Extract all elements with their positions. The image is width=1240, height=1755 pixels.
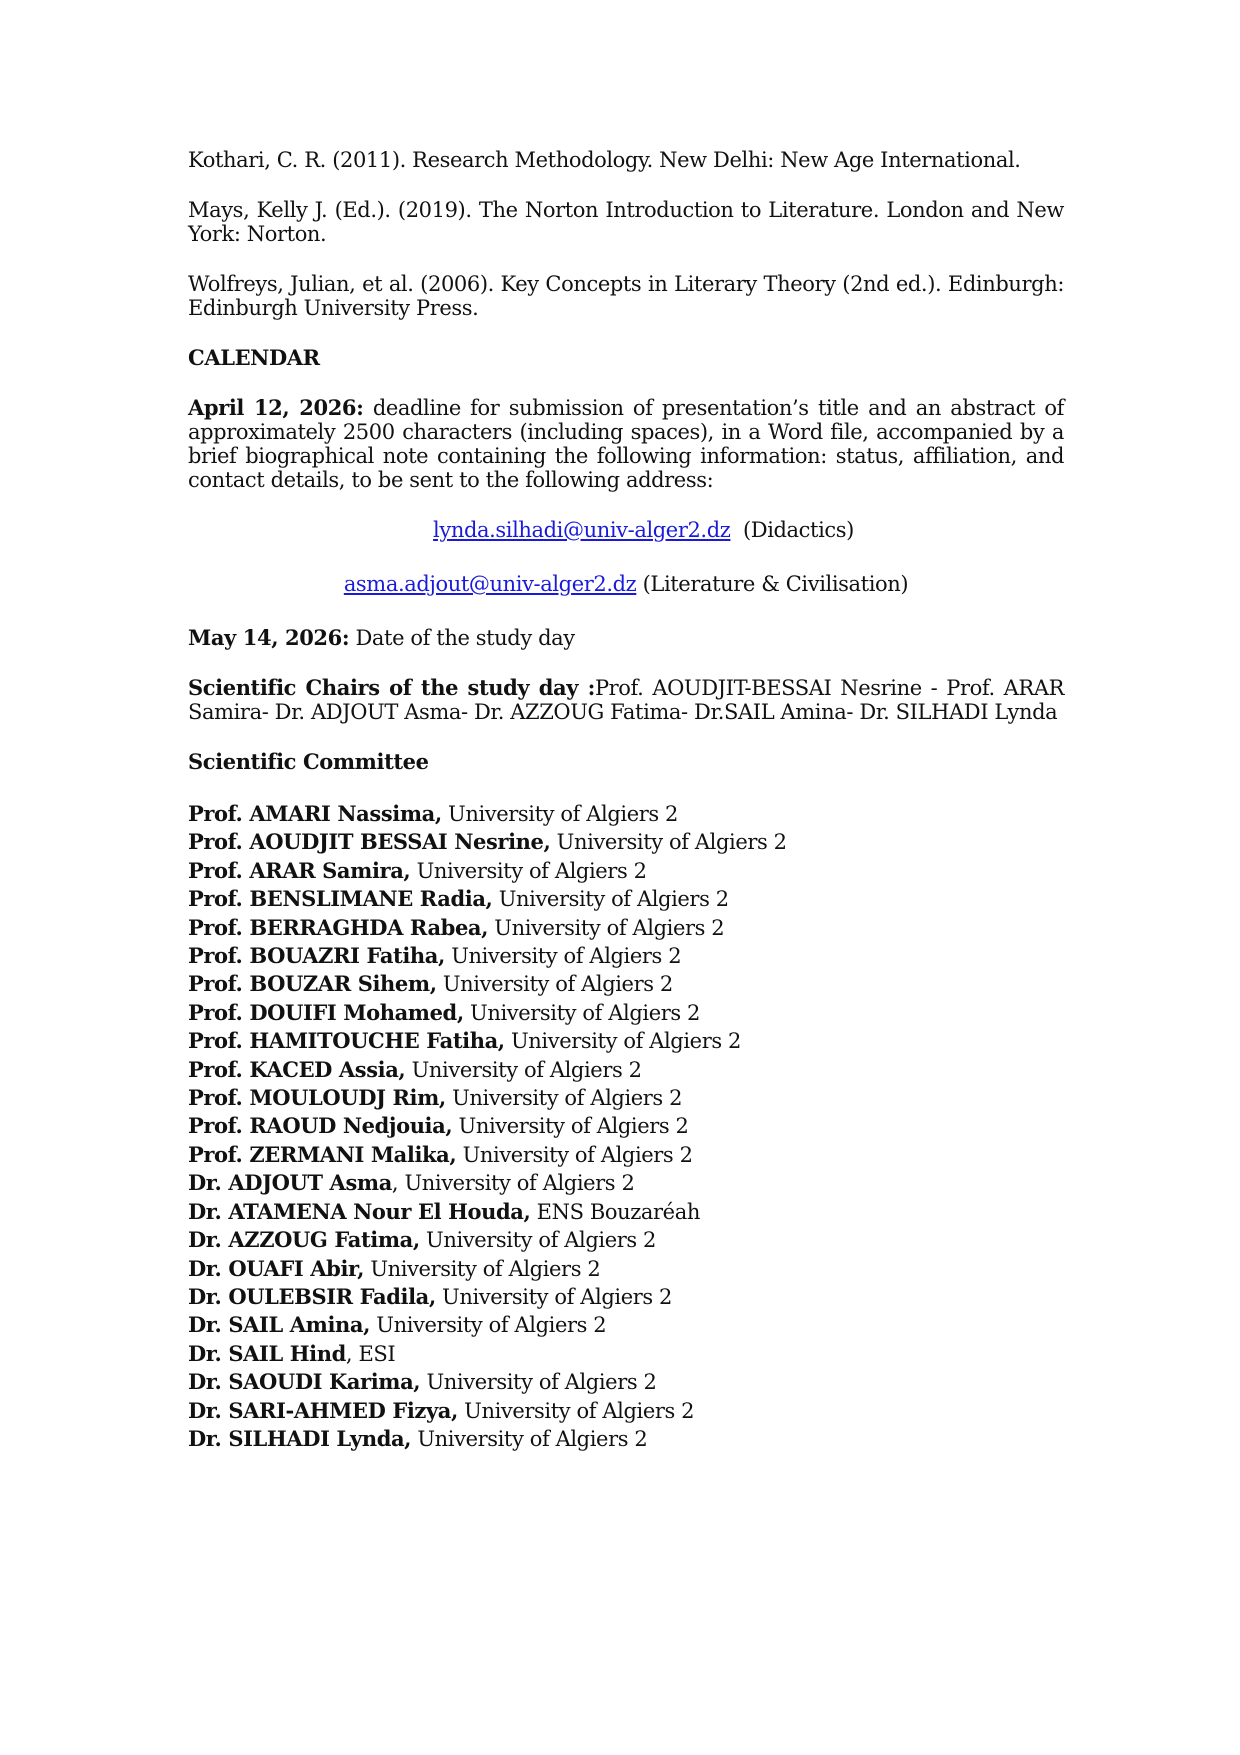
member-name: Dr. ADJOUT Asma — [188, 1170, 392, 1195]
committee-member: Prof. AMARI Nassima, University of Algie… — [188, 800, 1064, 828]
member-name: Prof. RAOUD Nedjouia, — [188, 1113, 452, 1138]
member-name: Dr. SAIL Amina, — [188, 1312, 370, 1337]
committee-member: Prof. DOUIFI Mohamed, University of Algi… — [188, 999, 1064, 1027]
member-name: Prof. HAMITOUCHE Fatiha, — [188, 1028, 505, 1053]
committee-member: Prof. BERRAGHDA Rabea, University of Alg… — [188, 914, 1064, 942]
committee-member: Prof. BOUAZRI Fatiha, University of Algi… — [188, 942, 1064, 970]
deadline-date: April 12, 2026: — [188, 395, 363, 420]
study-day-date: May 14, 2026: — [188, 625, 349, 650]
member-affiliation: University of Algiers 2 — [445, 944, 681, 968]
committee-member: Prof. BOUZAR Sihem, University of Algier… — [188, 970, 1064, 998]
member-affiliation: University of Algiers 2 — [410, 859, 646, 883]
study-day-text: Date of the study day — [349, 626, 574, 650]
member-affiliation: University of Algiers 2 — [488, 916, 724, 940]
member-affiliation: University of Algiers 2 — [550, 830, 786, 854]
member-name: Prof. DOUIFI Mohamed, — [188, 1000, 464, 1025]
member-name: Prof. ZERMANI Malika, — [188, 1142, 456, 1167]
member-affiliation: ENS Bouzaréah — [530, 1200, 700, 1224]
member-name: Prof. BOUZAR Sihem, — [188, 971, 437, 996]
reference-item: Wolfreys, Julian, et al. (2006). Key Con… — [188, 272, 1064, 320]
committee-member: Prof. AOUDJIT BESSAI Nesrine, University… — [188, 828, 1064, 856]
member-name: Dr. AZZOUG Fatima, — [188, 1227, 420, 1252]
contact-label: (Literature & Civilisation) — [636, 572, 908, 596]
committee-member: Dr. SAOUDI Karima, University of Algiers… — [188, 1368, 1064, 1396]
member-name: Prof. BERRAGHDA Rabea, — [188, 915, 488, 940]
committee-member: Dr. SILHADI Lynda, University of Algiers… — [188, 1425, 1064, 1453]
committee-member: Prof. MOULOUDJ Rim, University of Algier… — [188, 1084, 1064, 1112]
document-page: Kothari, C. R. (2011). Research Methodol… — [188, 148, 1064, 1453]
committee-member: Dr. ATAMENA Nour El Houda, ENS Bouzaréah — [188, 1198, 1064, 1226]
chairs-label: Scientific Chairs of the study day : — [188, 675, 595, 700]
committee-member: Dr. OULEBSIR Fadila, University of Algie… — [188, 1283, 1064, 1311]
member-affiliation: University of Algiers 2 — [505, 1029, 741, 1053]
member-affiliation: University of Algiers 2 — [452, 1114, 688, 1138]
reference-item: Kothari, C. R. (2011). Research Methodol… — [188, 148, 1064, 172]
committee-member: Prof. ARAR Samira, University of Algiers… — [188, 857, 1064, 885]
member-name: Prof. KACED Assia, — [188, 1057, 405, 1082]
member-affiliation: University of Algiers 2 — [436, 1285, 672, 1309]
member-name: Dr. OULEBSIR Fadila, — [188, 1284, 436, 1309]
committee-member: Prof. ZERMANI Malika, University of Algi… — [188, 1141, 1064, 1169]
member-affiliation: , ESI — [346, 1342, 395, 1366]
reference-item: Mays, Kelly J. (Ed.). (2019). The Norton… — [188, 198, 1064, 246]
member-affiliation: University of Algiers 2 — [437, 972, 673, 996]
member-name: Dr. OUAFI Abir, — [188, 1256, 364, 1281]
member-name: Dr. SAIL Hind — [188, 1341, 346, 1366]
contact-label: (Didactics) — [730, 518, 854, 542]
member-name: Prof. ARAR Samira, — [188, 858, 410, 883]
member-name: Prof. AMARI Nassima, — [188, 801, 442, 826]
committee-member: Dr. SAIL Amina, University of Algiers 2 — [188, 1311, 1064, 1339]
committee-member: Prof. BENSLIMANE Radia, University of Al… — [188, 885, 1064, 913]
chairs-paragraph: Scientific Chairs of the study day :Prof… — [188, 676, 1064, 724]
committee-member: Prof. KACED Assia, University of Algiers… — [188, 1056, 1064, 1084]
member-affiliation: University of Algiers 2 — [442, 802, 678, 826]
committee-member: Prof. RAOUD Nedjouia, University of Algi… — [188, 1112, 1064, 1140]
deadline-paragraph: April 12, 2026: deadline for submission … — [188, 396, 1064, 492]
committee-member: Dr. SAIL Hind, ESI — [188, 1340, 1064, 1368]
member-name: Dr. ATAMENA Nour El Houda, — [188, 1199, 530, 1224]
member-affiliation: University of Algiers 2 — [492, 887, 728, 911]
member-affiliation: University of Algiers 2 — [364, 1257, 600, 1281]
member-name: Prof. MOULOUDJ Rim, — [188, 1085, 446, 1110]
member-affiliation: , University of Algiers 2 — [392, 1171, 635, 1195]
contact-literature: asma.adjout@univ-alger2.dz (Literature &… — [188, 572, 1064, 596]
committee-member: Prof. HAMITOUCHE Fatiha, University of A… — [188, 1027, 1064, 1055]
contact-didactics: lynda.silhadi@univ-alger2.dz (Didactics) — [223, 518, 1064, 542]
member-name: Dr. SAOUDI Karima, — [188, 1369, 420, 1394]
member-affiliation: University of Algiers 2 — [370, 1313, 606, 1337]
member-name: Prof. AOUDJIT BESSAI Nesrine, — [188, 829, 550, 854]
committee-member: Dr. AZZOUG Fatima, University of Algiers… — [188, 1226, 1064, 1254]
calendar-heading: CALENDAR — [188, 346, 1064, 370]
member-affiliation: University of Algiers 2 — [405, 1058, 641, 1082]
member-affiliation: University of Algiers 2 — [446, 1086, 682, 1110]
member-affiliation: University of Algiers 2 — [420, 1370, 656, 1394]
member-affiliation: University of Algiers 2 — [456, 1143, 692, 1167]
email-link-literature[interactable]: asma.adjout@univ-alger2.dz — [344, 572, 637, 596]
member-name: Dr. SILHADI Lynda, — [188, 1426, 411, 1451]
email-link-didactics[interactable]: lynda.silhadi@univ-alger2.dz — [433, 518, 730, 542]
member-affiliation: University of Algiers 2 — [464, 1001, 700, 1025]
committee-heading: Scientific Committee — [188, 750, 1064, 774]
member-affiliation: University of Algiers 2 — [420, 1228, 656, 1252]
committee-list: Prof. AMARI Nassima, University of Algie… — [188, 800, 1064, 1453]
study-day-paragraph: May 14, 2026: Date of the study day — [188, 626, 1064, 650]
member-name: Dr. SARI-AHMED Fizya, — [188, 1398, 458, 1423]
committee-member: Dr. SARI-AHMED Fizya, University of Algi… — [188, 1397, 1064, 1425]
references: Kothari, C. R. (2011). Research Methodol… — [188, 148, 1064, 320]
member-name: Prof. BENSLIMANE Radia, — [188, 886, 492, 911]
member-affiliation: University of Algiers 2 — [411, 1427, 647, 1451]
committee-member: Dr. OUAFI Abir, University of Algiers 2 — [188, 1255, 1064, 1283]
member-affiliation: University of Algiers 2 — [458, 1399, 694, 1423]
committee-member: Dr. ADJOUT Asma, University of Algiers 2 — [188, 1169, 1064, 1197]
member-name: Prof. BOUAZRI Fatiha, — [188, 943, 445, 968]
